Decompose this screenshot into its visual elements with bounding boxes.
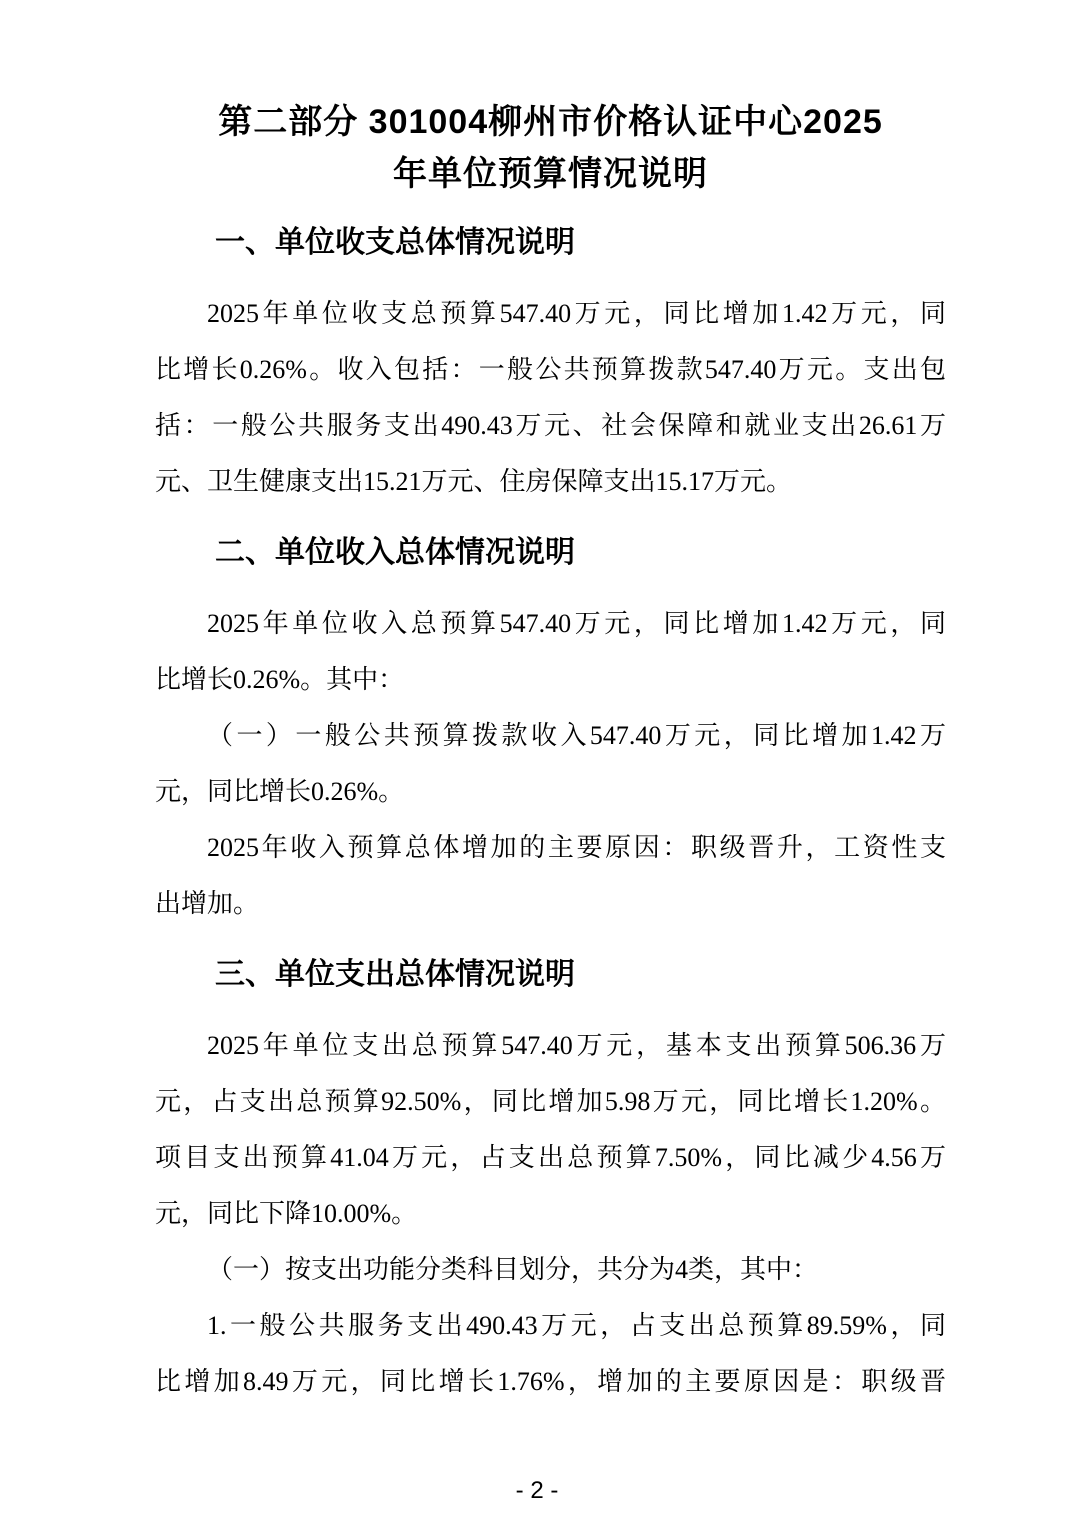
text-line: 元，同比下降10.00%。: [155, 1186, 946, 1242]
section-2-paragraph-3: 2025年收入预算总体增加的主要原因：职级晋升，工资性支 出增加。: [155, 820, 946, 932]
section-3-paragraph-3: 1.一般公共服务支出490.43万元，占支出总预算89.59%，同 比增加8.4…: [155, 1298, 946, 1410]
section-1-paragraph-1: 2025年单位收支总预算547.40万元，同比增加1.42万元，同 比增长0.2…: [155, 286, 946, 510]
text-line: 2025年单位收支总预算547.40万元，同比增加1.42万元，同: [155, 286, 946, 342]
text-line: （一）按支出功能分类科目划分，共分为4类，其中：: [155, 1242, 946, 1298]
text-line: 1.一般公共服务支出490.43万元，占支出总预算89.59%，同: [155, 1298, 946, 1354]
text-line: （一）一般公共预算拨款收入547.40万元，同比增加1.42万: [155, 708, 946, 764]
section-2-heading: 二、单位收入总体情况说明: [155, 530, 946, 576]
text-line: 比增加8.49万元，同比增长1.76%，增加的主要原因是：职级晋: [155, 1354, 946, 1410]
text-line: 元，同比增长0.26%。: [155, 764, 946, 820]
section-2-paragraph-1: 2025年单位收入总预算547.40万元，同比增加1.42万元，同 比增长0.2…: [155, 596, 946, 708]
section-1-heading: 一、单位收支总体情况说明: [155, 220, 946, 266]
text-line: 比增长0.26%。其中：: [155, 652, 946, 708]
text-line: 出增加。: [155, 876, 946, 932]
section-3-heading: 三、单位支出总体情况说明: [155, 952, 946, 998]
text-line: 2025年单位收入总预算547.40万元，同比增加1.42万元，同: [155, 596, 946, 652]
section-2-paragraph-2: （一）一般公共预算拨款收入547.40万元，同比增加1.42万 元，同比增长0.…: [155, 708, 946, 820]
text-line: 项目支出预算41.04万元，占支出总预算7.50%，同比减少4.56万: [155, 1130, 946, 1186]
text-line: 元、卫生健康支出15.21万元、住房保障支出15.17万元。: [155, 454, 946, 510]
document-page: 第二部分 301004柳州市价格认证中心2025 年单位预算情况说明 一、单位收…: [0, 0, 1074, 1520]
document-title: 第二部分 301004柳州市价格认证中心2025 年单位预算情况说明: [155, 96, 946, 200]
section-3-paragraph-1: 2025年单位支出总预算547.40万元，基本支出预算506.36万 元，占支出…: [155, 1018, 946, 1242]
text-line: 比增长0.26%。收入包括：一般公共预算拨款547.40万元。支出包: [155, 342, 946, 398]
text-line: 括：一般公共服务支出490.43万元、社会保障和就业支出26.61万: [155, 398, 946, 454]
document-title-line-2: 年单位预算情况说明: [155, 148, 946, 200]
section-3-paragraph-2: （一）按支出功能分类科目划分，共分为4类，其中：: [155, 1242, 946, 1298]
document-title-line-1: 第二部分 301004柳州市价格认证中心2025: [155, 96, 946, 148]
text-line: 元，占支出总预算92.50%，同比增加5.98万元，同比增长1.20%。: [155, 1074, 946, 1130]
page-number: - 2 -: [0, 1476, 1074, 1506]
text-line: 2025年单位支出总预算547.40万元，基本支出预算506.36万: [155, 1018, 946, 1074]
text-line: 2025年收入预算总体增加的主要原因：职级晋升，工资性支: [155, 820, 946, 876]
